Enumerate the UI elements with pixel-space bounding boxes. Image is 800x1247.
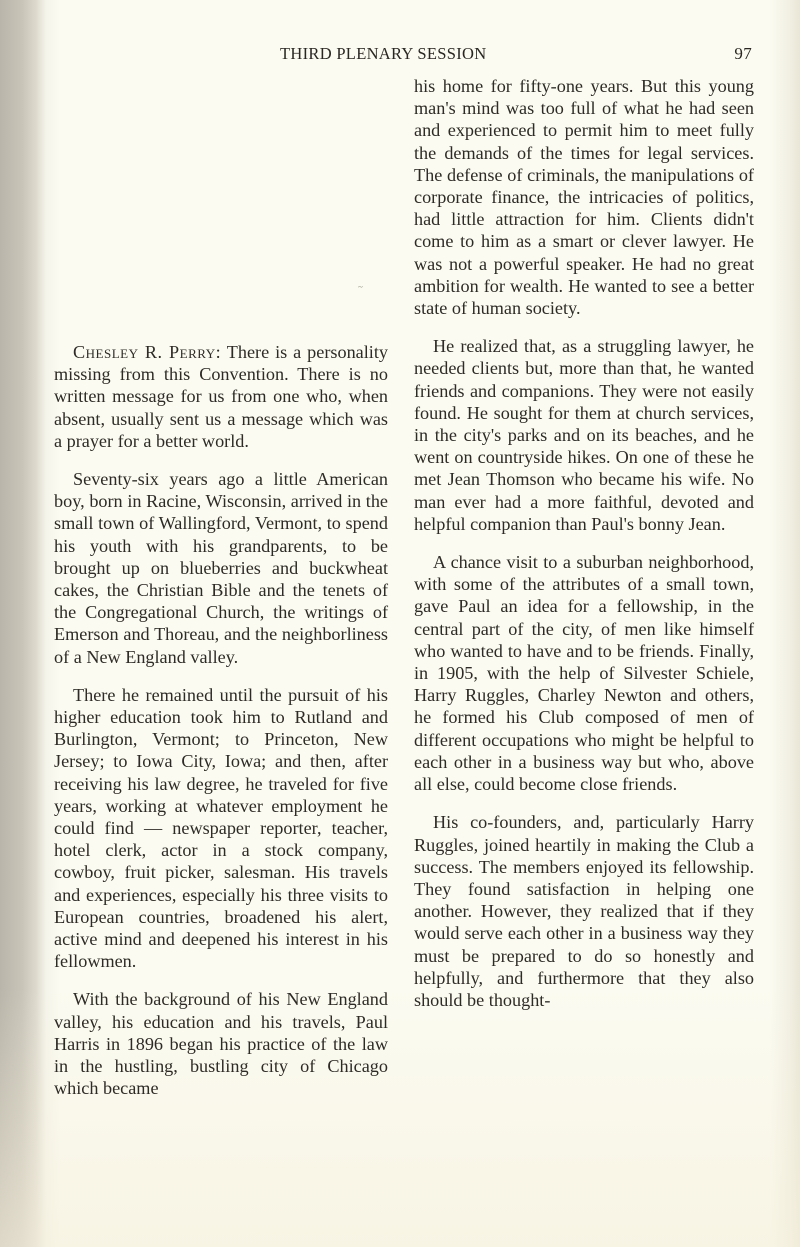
paragraph-continued: his home for fifty-one years. But this y… xyxy=(414,75,754,319)
paragraph: A chance visit to a suburban neighborhoo… xyxy=(414,551,754,795)
paragraph: Chesley R. Perry: There is a personality… xyxy=(54,341,388,452)
paragraph: Seventy-six years ago a little American … xyxy=(54,468,388,668)
bleed-through-mark: ~ xyxy=(358,282,363,292)
page-number: 97 xyxy=(734,44,752,64)
paragraph: With the background of his New England v… xyxy=(54,988,388,1099)
running-head-title: THIRD PLENARY SESSION xyxy=(280,44,486,64)
left-column: Chesley R. Perry: There is a personality… xyxy=(54,341,388,1116)
paragraph: He realized that, as a struggling lawyer… xyxy=(414,335,754,535)
speaker-name: Chesley R. Perry: xyxy=(73,342,221,362)
right-column: his home for fifty-one years. But this y… xyxy=(414,75,754,1027)
paragraph: His co-founders, and, particularly Harry… xyxy=(414,811,754,1011)
paragraph: There he remained until the pursuit of h… xyxy=(54,684,388,973)
